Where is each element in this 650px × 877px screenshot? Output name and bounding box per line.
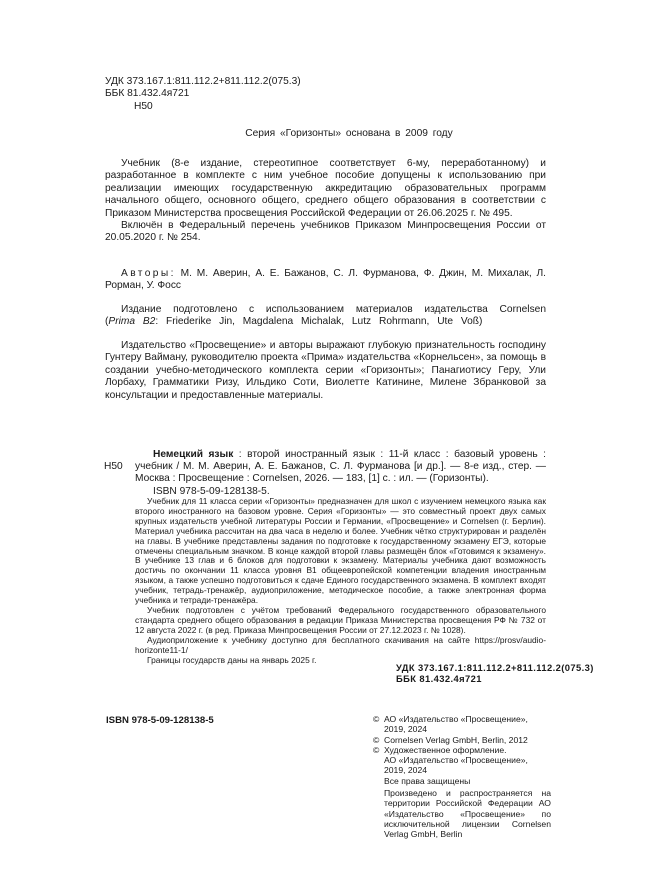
bbk-code-bottom: ББК 81.432.4я721	[396, 673, 594, 684]
source-title: Prima B2	[108, 316, 155, 327]
rights-reserved: Все права защищены	[373, 776, 551, 786]
series-note: Серия «Горизонты» основана в 2009 году	[0, 128, 650, 139]
classification-codes: УДК 373.167.1:811.112.2+811.112.2(075.3)…	[105, 76, 301, 113]
bbk-code: ББК 81.432.4я721	[105, 88, 301, 100]
copyright-icon: ©	[373, 714, 384, 735]
catalog-author-mark: Н50	[104, 461, 123, 472]
authors-block: Авторы: М. М. Аверин, А. Е. Бажанов, С. …	[105, 268, 546, 293]
udk-code: УДК 373.167.1:811.112.2+811.112.2(075.3)	[105, 76, 301, 88]
catalog-record: Немецкий язык : второй иностранный язык …	[135, 449, 546, 498]
acknowledgements-text: Издательство «Просвещение» и авторы выра…	[105, 340, 546, 402]
copyright-icon: ©	[373, 735, 384, 745]
copyright-icon: ©	[373, 745, 384, 755]
annotation: Учебник для 11 класса серии «Горизонты» …	[135, 497, 546, 665]
copyright-block: © АО «Издательство «Просвещение», 2019, …	[373, 714, 551, 840]
audio-paragraph: Аудиоприложение к учебнику доступно для …	[135, 636, 546, 656]
annotation-paragraph: Учебник для 11 класса серии «Горизонты» …	[135, 497, 546, 606]
copyright-design: Художественное оформление.	[384, 745, 551, 755]
federal-list-paragraph: Включён в Федеральный перечень учебников…	[105, 220, 546, 245]
distribution-note: Произведено и распространяется на террит…	[373, 788, 551, 839]
copyright-line: © АО «Издательство «Просвещение», 2019, …	[373, 714, 551, 735]
prepared-note: Издание подготовлено с использованием ма…	[105, 304, 546, 329]
copyright-line: © Художественное оформление.	[373, 745, 551, 755]
standard-paragraph: Учебник подготовлен с учётом требований …	[135, 606, 546, 636]
book-title: Немецкий язык	[153, 449, 233, 460]
copyright-line: © Cornelsen Verlag GmbH, Berlin, 2012	[373, 735, 551, 745]
source-authors: : Friederike Jin, Magdalena Michalak, Lu…	[155, 316, 482, 327]
authors-label: Авторы:	[121, 268, 176, 279]
copyright-publisher: АО «Издательство «Просвещение», 2019, 20…	[384, 714, 551, 735]
author-mark: Н50	[105, 101, 301, 113]
approval-paragraph: Учебник (8-е издание, стереотипное соотв…	[105, 158, 546, 220]
design-holder: АО «Издательство «Просвещение», 2019, 20…	[373, 755, 551, 776]
isbn-bottom: ISBN 978-5-09-128138-5	[106, 715, 214, 726]
copyright-cornelsen: Cornelsen Verlag GmbH, Berlin, 2012	[384, 735, 551, 745]
udk-code-bottom: УДК 373.167.1:811.112.2+811.112.2(075.3)	[396, 662, 594, 673]
classification-codes-bottom: УДК 373.167.1:811.112.2+811.112.2(075.3)…	[396, 662, 594, 684]
approval-notice: Учебник (8-е издание, стереотипное соотв…	[105, 158, 546, 245]
acknowledgements: Издательство «Просвещение» и авторы выра…	[105, 340, 546, 402]
